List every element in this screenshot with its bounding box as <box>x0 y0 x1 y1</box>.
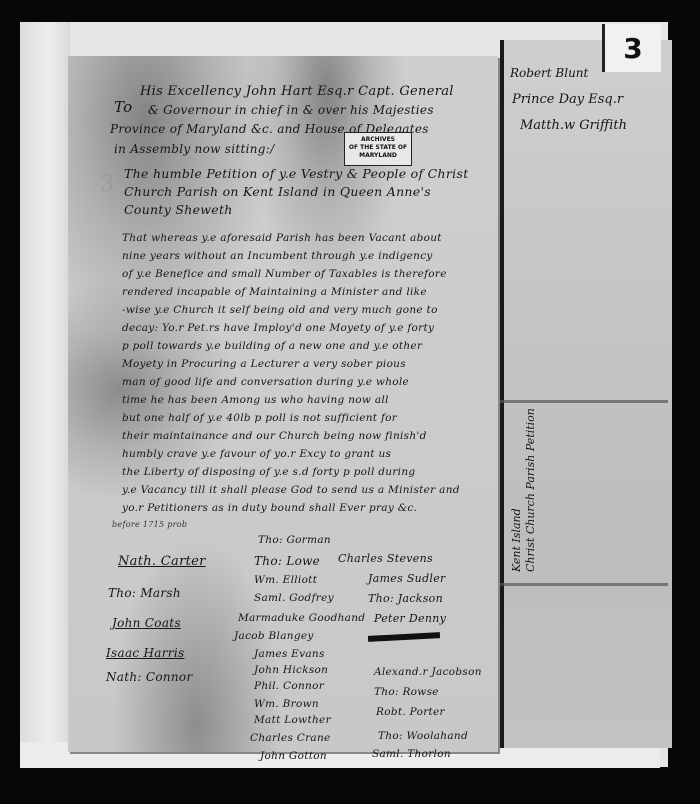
body-line: time he has been Among us who having now… <box>122 394 389 406</box>
stamp-line: MARYLAND <box>345 152 411 160</box>
signature: Nath: Connor <box>106 670 193 684</box>
body-line: rendered incapable of Maintaining a Mini… <box>122 286 427 298</box>
petition-heading: County Sheweth <box>124 202 233 217</box>
signature: Marmaduke Goodhand <box>238 612 365 624</box>
signature: James Evans <box>254 648 325 660</box>
address-line: His Excellency John Hart Esq.r Capt. Gen… <box>140 84 454 99</box>
body-line: their maintainance and our Church being … <box>122 430 427 442</box>
body-line: the Liberty of disposing of y.e s.d fort… <box>122 466 415 478</box>
signature: Robt. Porter <box>376 706 445 718</box>
signature: Tho: Jackson <box>368 592 443 605</box>
signature: Matt Lowther <box>254 714 331 726</box>
petition-heading: Church Parish on Kent Island in Queen An… <box>124 184 431 199</box>
body-line: man of good life and conversation during… <box>122 376 409 388</box>
signature: John Gotton <box>260 750 327 762</box>
petition-heading: The humble Petition of y.e Vestry & Peop… <box>124 166 469 181</box>
address-line: in Assembly now sitting:/ <box>114 142 274 156</box>
backing-strip-left <box>20 22 70 767</box>
signature: Wm. Elliott <box>254 574 317 586</box>
body-line: p poll towards y.e building of a new one… <box>122 340 422 352</box>
signature: Saml. Godfrey <box>254 592 334 604</box>
ink-strikeout <box>368 632 440 642</box>
body-line: humbly crave y.e favour of yo.r Excy to … <box>122 448 391 460</box>
page-number-tag: 3 <box>602 24 661 72</box>
signature: John Coats <box>112 616 181 630</box>
manuscript-page: To His Excellency John Hart Esq.r Capt. … <box>68 56 498 752</box>
signature: Saml. Thorlon <box>372 748 451 760</box>
fold-line-lower <box>500 583 668 586</box>
address-line: & Governour in chief in & over his Majes… <box>148 103 434 117</box>
body-line: -wise y.e Church it self being old and v… <box>122 304 438 316</box>
right-sheet-name: Matth.w Griffith <box>520 118 627 133</box>
signature: Tho: Rowse <box>374 686 439 698</box>
signature: Jacob Blangey <box>234 630 314 642</box>
signature: Phil. Connor <box>254 680 324 692</box>
right-sheet-name: Prince Day Esq.r <box>512 92 623 107</box>
endorsement-line: Kent Island <box>510 508 523 572</box>
endorsement-line: Christ Church Parish Petition <box>524 408 537 572</box>
signature: Wm. Brown <box>254 698 319 710</box>
right-folded-sheet <box>500 40 672 748</box>
signature: Peter Denny <box>374 612 446 625</box>
signature: Alexand.r Jacobson <box>374 666 482 678</box>
margin-date-note: before 1715 prob <box>112 520 187 529</box>
body-line: yo.r Petitioners as in duty bound shall … <box>122 502 417 514</box>
signature: Tho: Marsh <box>108 586 181 600</box>
body-line: y.e Vacancy till it shall please God to … <box>122 484 460 496</box>
stamp-line: OF THE STATE OF <box>345 144 411 152</box>
signature: John Hickson <box>254 664 328 676</box>
signature: Isaac Harris <box>106 646 184 660</box>
margin-number-note: 3 <box>100 172 114 197</box>
stamp-line: ARCHIVES <box>345 136 411 144</box>
signature: Tho: Lowe <box>254 554 320 568</box>
right-sheet-name: Robert Blunt <box>510 66 588 80</box>
signature: Charles Crane <box>250 732 331 744</box>
signature: Tho: Woolahand <box>378 730 468 742</box>
body-line: but one half of y.e 40lb p poll is not s… <box>122 412 397 424</box>
fold-line-upper <box>500 400 668 403</box>
body-line: of y.e Benefice and small Number of Taxa… <box>122 268 447 280</box>
salutation: To <box>114 98 132 116</box>
signature: Charles Stevens <box>338 552 433 565</box>
body-line: decay: Yo.r Pet.rs have Imploy'd one Moy… <box>122 322 434 334</box>
signature: Nath. Carter <box>118 554 206 569</box>
body-line: nine years without an Incumbent through … <box>122 250 433 262</box>
signature: Tho: Gorman <box>258 534 331 546</box>
body-line: Moyety in Procuring a Lecturer a very so… <box>122 358 406 370</box>
archives-stamp: ARCHIVES OF THE STATE OF MARYLAND <box>344 132 412 166</box>
signature: James Sudler <box>368 572 446 585</box>
body-line: That whereas y.e aforesaid Parish has be… <box>122 232 442 244</box>
